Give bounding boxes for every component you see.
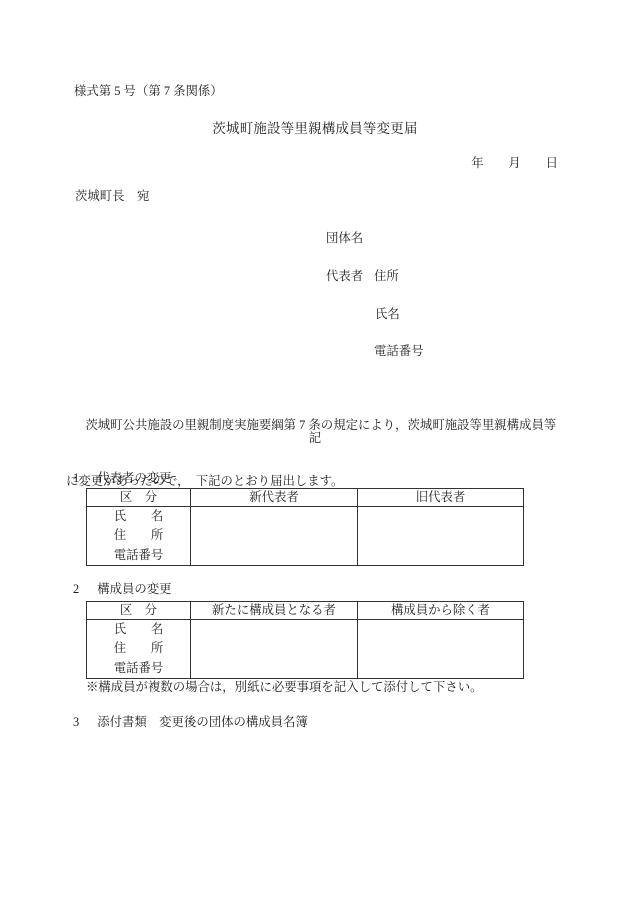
header-new-member: 新たに構成員となる者: [191, 602, 358, 620]
header-removed-member: 構成員から除く者: [358, 602, 524, 620]
representative-row-labels: 氏 名 住 所 電話番号: [87, 507, 191, 566]
removed-member-cell: [358, 620, 524, 679]
addressee-line: 茨城町長 宛: [75, 189, 149, 204]
section-2-title: 構成員の変更: [97, 582, 171, 597]
applicant-group-name-label: 団体名: [326, 231, 363, 246]
member-row-labels: 氏 名 住 所 電話番号: [87, 620, 191, 679]
representative-table-body-row: 氏 名 住 所 電話番号: [87, 507, 524, 566]
applicant-phone-label: 電話番号: [374, 344, 424, 359]
multiple-members-note: ※構成員が複数の場合は，別紙に必要事項を記入して添付して下さい。: [86, 680, 483, 695]
date-line: 年 月 日: [471, 156, 558, 171]
member-table-body-row: 氏 名 住 所 電話番号: [87, 620, 524, 679]
applicant-representative-label: 代表者: [326, 269, 363, 284]
label-name: 氏 名: [87, 507, 190, 526]
applicant-address-label: 住所: [374, 269, 399, 284]
label-name: 氏 名: [87, 620, 190, 639]
document-title: 茨城町施設等里親構成員等変更届: [0, 121, 630, 136]
header-old-representative: 旧代表者: [358, 489, 524, 507]
record-mark: 記: [0, 431, 630, 446]
section-3-number: 3: [73, 715, 79, 730]
label-address: 住 所: [87, 639, 190, 658]
new-representative-cell: [191, 507, 358, 566]
section-2-number: 2: [73, 582, 79, 597]
section-1-heading: 1代表者の変更: [73, 471, 172, 486]
section-3-heading: 3添付書類 変更後の団体の構成員名簿: [73, 715, 308, 730]
label-address: 住 所: [87, 526, 190, 545]
old-representative-cell: [358, 507, 524, 566]
header-new-representative: 新代表者: [191, 489, 358, 507]
header-category: 区 分: [87, 489, 191, 507]
member-table-header-row: 区 分 新たに構成員となる者 構成員から除く者: [87, 602, 524, 620]
label-phone: 電話番号: [87, 659, 190, 678]
label-phone: 電話番号: [87, 546, 190, 565]
applicant-name-label: 氏名: [375, 307, 400, 322]
section-1-title: 代表者の変更: [97, 471, 171, 486]
form-number: 様式第 5 号（第 7 条関係）: [74, 84, 223, 99]
header-category: 区 分: [87, 602, 191, 620]
representative-table-header-row: 区 分 新代表者 旧代表者: [87, 489, 524, 507]
new-member-cell: [191, 620, 358, 679]
section-1-number: 1: [73, 471, 79, 486]
member-change-table: 区 分 新たに構成員となる者 構成員から除く者 氏 名 住 所 電話番号: [86, 601, 524, 679]
representative-change-table: 区 分 新代表者 旧代表者 氏 名 住 所 電話番号: [86, 488, 524, 566]
section-3-title: 添付書類 変更後の団体の構成員名簿: [97, 715, 308, 730]
section-2-heading: 2構成員の変更: [73, 582, 172, 597]
document-page: 様式第 5 号（第 7 条関係） 茨城町施設等里親構成員等変更届 年 月 日 茨…: [0, 0, 630, 915]
